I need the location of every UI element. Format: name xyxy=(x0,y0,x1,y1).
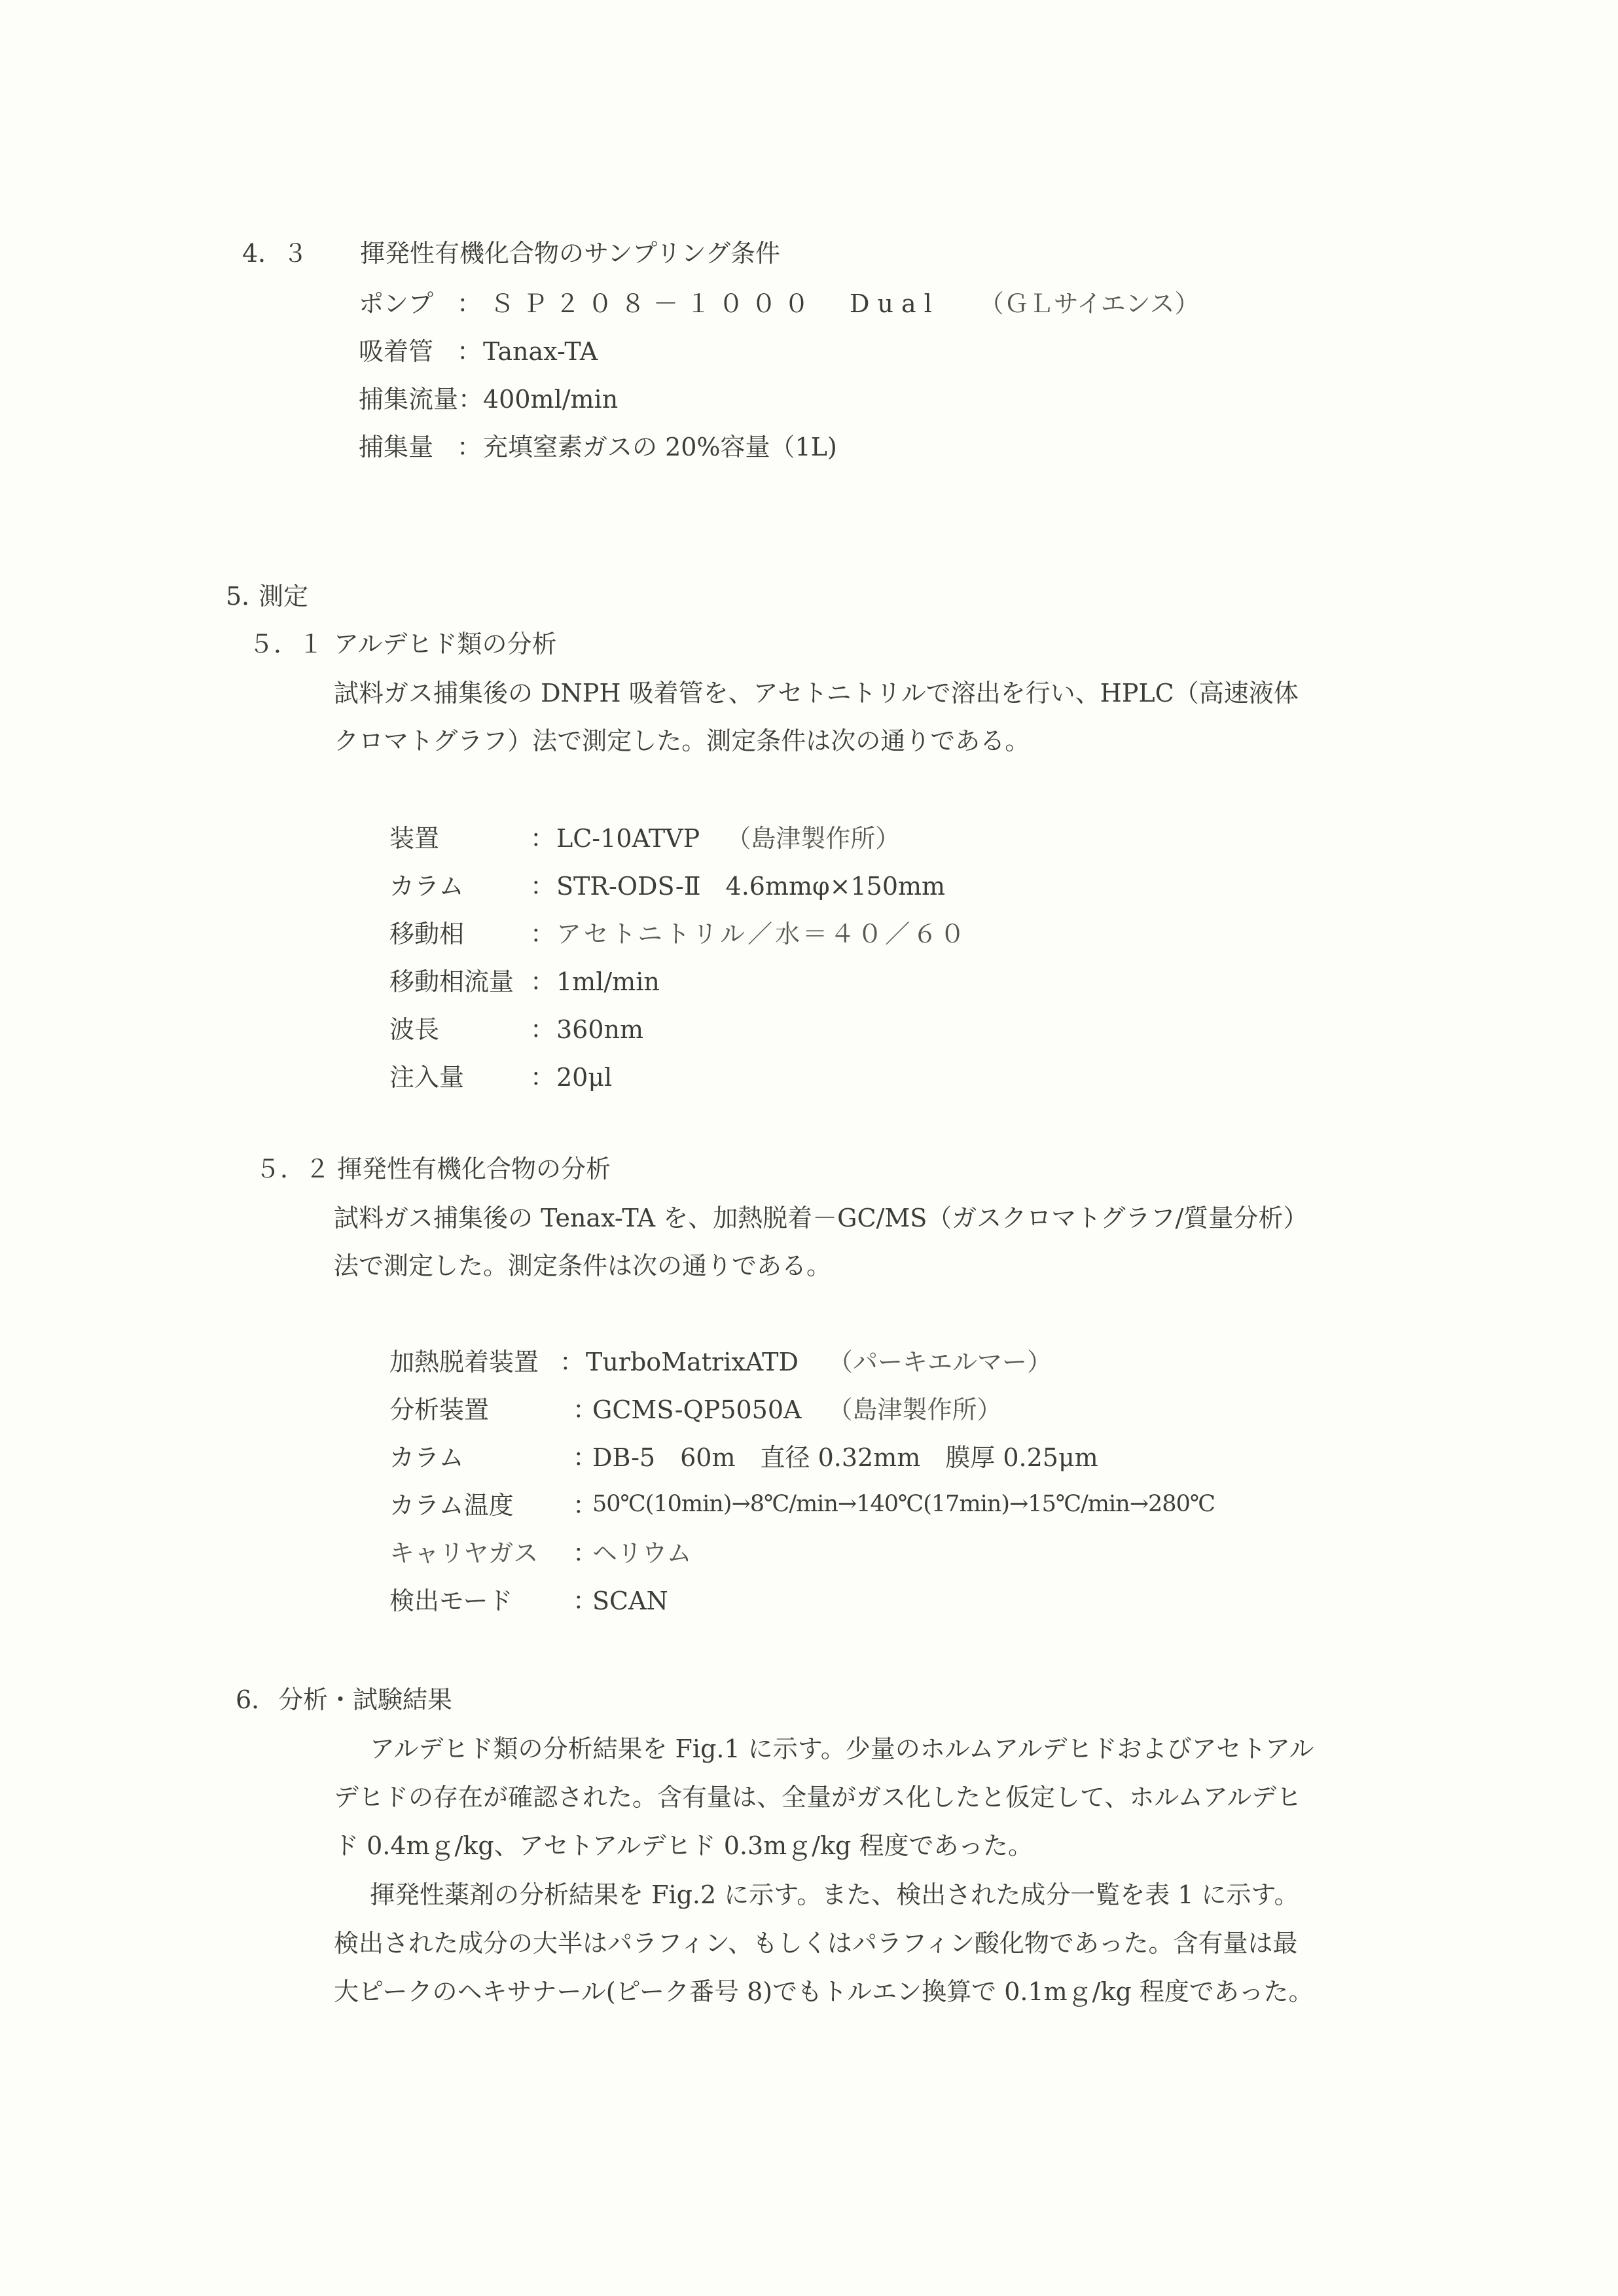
spec-note: （ＧＬサイエンス） xyxy=(979,291,1200,316)
spec-separator: ： xyxy=(560,1350,586,1374)
spec-separator: ： xyxy=(530,922,556,946)
spec-separator: ： xyxy=(573,1493,592,1518)
paragraph-line: 試料ガス捕集後の DNPH 吸着管を、アセトニトリルで溶出を行い、HPLC（高速… xyxy=(334,681,1299,706)
section-number: ５．１ xyxy=(249,632,334,656)
paragraph-line: 大ピークのヘキサナール(ピーク番号 8)でもトルエン換算で 0.1mｇ/kg 程… xyxy=(334,1979,1314,2004)
spec-row-detection-mode: 検出モード ： SCAN xyxy=(389,1588,668,1613)
spec-note: （島津製作所） xyxy=(726,826,900,851)
paragraph-line: ド 0.4mｇ/kg、アセトアルデヒド 0.3mｇ/kg 程度であった。 xyxy=(334,1833,1033,1858)
paragraph-line: 試料ガス捕集後の Tenax-TA を、加熱脱着－GC/MS（ガスクロマトグラフ… xyxy=(334,1206,1308,1230)
section-5-heading: 5．測定 xyxy=(226,584,308,609)
spec-label: 分析装置 xyxy=(389,1397,573,1422)
spec-row-thermal-desorber: 加熱脱着装置 ： TurboMatrixATD （パーキエルマー） xyxy=(389,1350,1052,1374)
spec-separator: ： xyxy=(530,826,556,851)
spec-row-column: カラム ： STR-ODS-Ⅱ 4.6mmφ×150mm xyxy=(389,874,945,899)
section-number: 6． xyxy=(236,1687,278,1712)
spec-row-wavelength: 波長 ： 360nm xyxy=(389,1017,643,1042)
spec-value: STR-ODS-Ⅱ 4.6mmφ×150mm xyxy=(556,874,945,899)
spec-separator: ： xyxy=(530,1065,556,1090)
spec-row-gc-column: カラム ： DB-5 60m 直径 0.32mm 膜厚 0.25μm xyxy=(389,1445,1098,1470)
spec-separator: ： xyxy=(573,1445,592,1470)
spec-value: 1ml/min xyxy=(556,969,660,994)
spec-label: キャリヤガス xyxy=(389,1541,573,1566)
spec-label: カラム xyxy=(389,874,530,899)
section-number: 4．３ xyxy=(242,241,360,266)
spec-separator: ： xyxy=(457,291,490,316)
spec-value: 50℃(10min)→8℃/min→140℃(17min)→15℃/min→28… xyxy=(592,1493,1215,1518)
spec-value: アセトニトリル／水＝４０／６０ xyxy=(556,922,967,946)
paragraph-line: デヒドの存在が確認された。含有量は、全量がガス化したと仮定して、ホルムアルデヒ xyxy=(334,1785,1301,1810)
spec-label: ポンプ xyxy=(359,291,457,316)
spec-row-carrier-gas: キャリヤガス ： ヘリウム xyxy=(389,1541,692,1566)
section-title: 分析・試験結果 xyxy=(278,1685,452,1714)
spec-row-pump: ポンプ ： ＳＰ２０８－１０００ Dual （ＧＬサイエンス） xyxy=(359,291,1199,316)
spec-separator: ： xyxy=(457,435,483,459)
section-title: 揮発性有機化合物の分析 xyxy=(337,1155,611,1183)
section-number: ５．２ xyxy=(255,1157,337,1181)
spec-row-analyzer: 分析装置 ： GCMS-QP5050A （島津製作所） xyxy=(389,1397,1002,1422)
spec-value: DB-5 60m 直径 0.32mm 膜厚 0.25μm xyxy=(592,1445,1098,1470)
spec-separator: ： xyxy=(573,1588,592,1613)
paragraph-line: クロマトグラフ）法で測定した。測定条件は次の通りである。 xyxy=(334,728,1030,753)
spec-label: 吸着管 xyxy=(359,339,457,364)
spec-row-mobile-phase: 移動相 ： アセトニトリル／水＝４０／６０ xyxy=(389,922,967,946)
spec-value: 400ml/min xyxy=(483,387,618,412)
paragraph-line: アルデヒド類の分析結果を Fig.1 に示す。少量のホルムアルデヒドおよびアセト… xyxy=(370,1736,1314,1761)
spec-value: LC-10ATVP xyxy=(556,826,700,851)
spec-separator: ： xyxy=(530,1017,556,1042)
section-title: アルデヒド類の分析 xyxy=(334,630,556,658)
section-title: 測定 xyxy=(259,582,308,611)
spec-value: ヘリウム xyxy=(592,1541,692,1566)
spec-row-adsorption-tube: 吸着管 ： Tanax-TA xyxy=(359,339,598,364)
paragraph-line: 揮発性薬剤の分析結果を Fig.2 に示す。また、検出された成分一覧を表 1 に… xyxy=(370,1882,1299,1907)
spec-value: SCAN xyxy=(592,1588,668,1613)
spec-value: GCMS-QP5050A xyxy=(592,1397,801,1422)
spec-label: 捕集量 xyxy=(359,435,457,459)
spec-note: （島津製作所） xyxy=(827,1397,1001,1422)
spec-value: Tanax-TA xyxy=(483,339,598,364)
spec-value: TurboMatrixATD xyxy=(586,1350,799,1374)
spec-label: 捕集流量 xyxy=(359,387,458,412)
spec-row-injection-volume: 注入量 ： 20μl xyxy=(389,1065,612,1090)
spec-label: カラム xyxy=(389,1445,573,1470)
spec-row-device: 装置 ： LC-10ATVP （島津製作所） xyxy=(389,826,900,851)
spec-separator: ： xyxy=(573,1541,592,1566)
spec-label: カラム温度 xyxy=(389,1493,573,1518)
spec-label: 加熱脱着装置 xyxy=(389,1350,560,1374)
spec-label: 装置 xyxy=(389,826,530,851)
spec-value: 20μl xyxy=(556,1065,612,1090)
section-5-2-heading: ５．２揮発性有機化合物の分析 xyxy=(255,1157,611,1181)
spec-separator: ： xyxy=(457,339,483,364)
spec-note: （パーキエルマー） xyxy=(828,1350,1052,1374)
section-title: 揮発性有機化合物のサンプリング条件 xyxy=(360,239,780,268)
spec-row-collection-volume: 捕集量 ： 充填窒素ガスの 20%容量（1L) xyxy=(359,435,837,459)
spec-separator: ： xyxy=(530,874,556,899)
paragraph-line: 検出された成分の大半はパラフィン、もしくはパラフィン酸化物であった。含有量は最 xyxy=(334,1931,1298,1956)
spec-separator: ： xyxy=(573,1397,592,1422)
spec-label: 移動相流量 xyxy=(389,969,530,994)
spec-row-mobile-phase-flow: 移動相流量 ： 1ml/min xyxy=(389,969,660,994)
spec-label: 波長 xyxy=(389,1017,530,1042)
spec-row-column-temperature: カラム温度 ： 50℃(10min)→8℃/min→140℃(17min)→15… xyxy=(389,1493,1215,1518)
spec-row-flow-rate: 捕集流量 ： 400ml/min xyxy=(359,387,618,412)
section-4-3-heading: 4．３揮発性有機化合物のサンプリング条件 xyxy=(242,241,780,266)
section-5-1-heading: ５．１アルデヒド類の分析 xyxy=(249,632,556,656)
spec-label: 移動相 xyxy=(389,922,530,946)
section-6-heading: 6．分析・試験結果 xyxy=(236,1687,452,1712)
spec-value: ＳＰ２０８－１０００ Dual xyxy=(490,291,940,316)
paragraph-line: 法で測定した。測定条件は次の通りである。 xyxy=(334,1253,831,1278)
spec-value: 360nm xyxy=(556,1017,643,1042)
spec-label: 検出モード xyxy=(389,1588,573,1613)
spec-label: 注入量 xyxy=(389,1065,530,1090)
spec-separator: ： xyxy=(458,387,483,412)
section-number: 5． xyxy=(226,584,259,609)
spec-value: 充填窒素ガスの 20%容量（1L) xyxy=(483,435,837,459)
spec-separator: ： xyxy=(530,969,556,994)
